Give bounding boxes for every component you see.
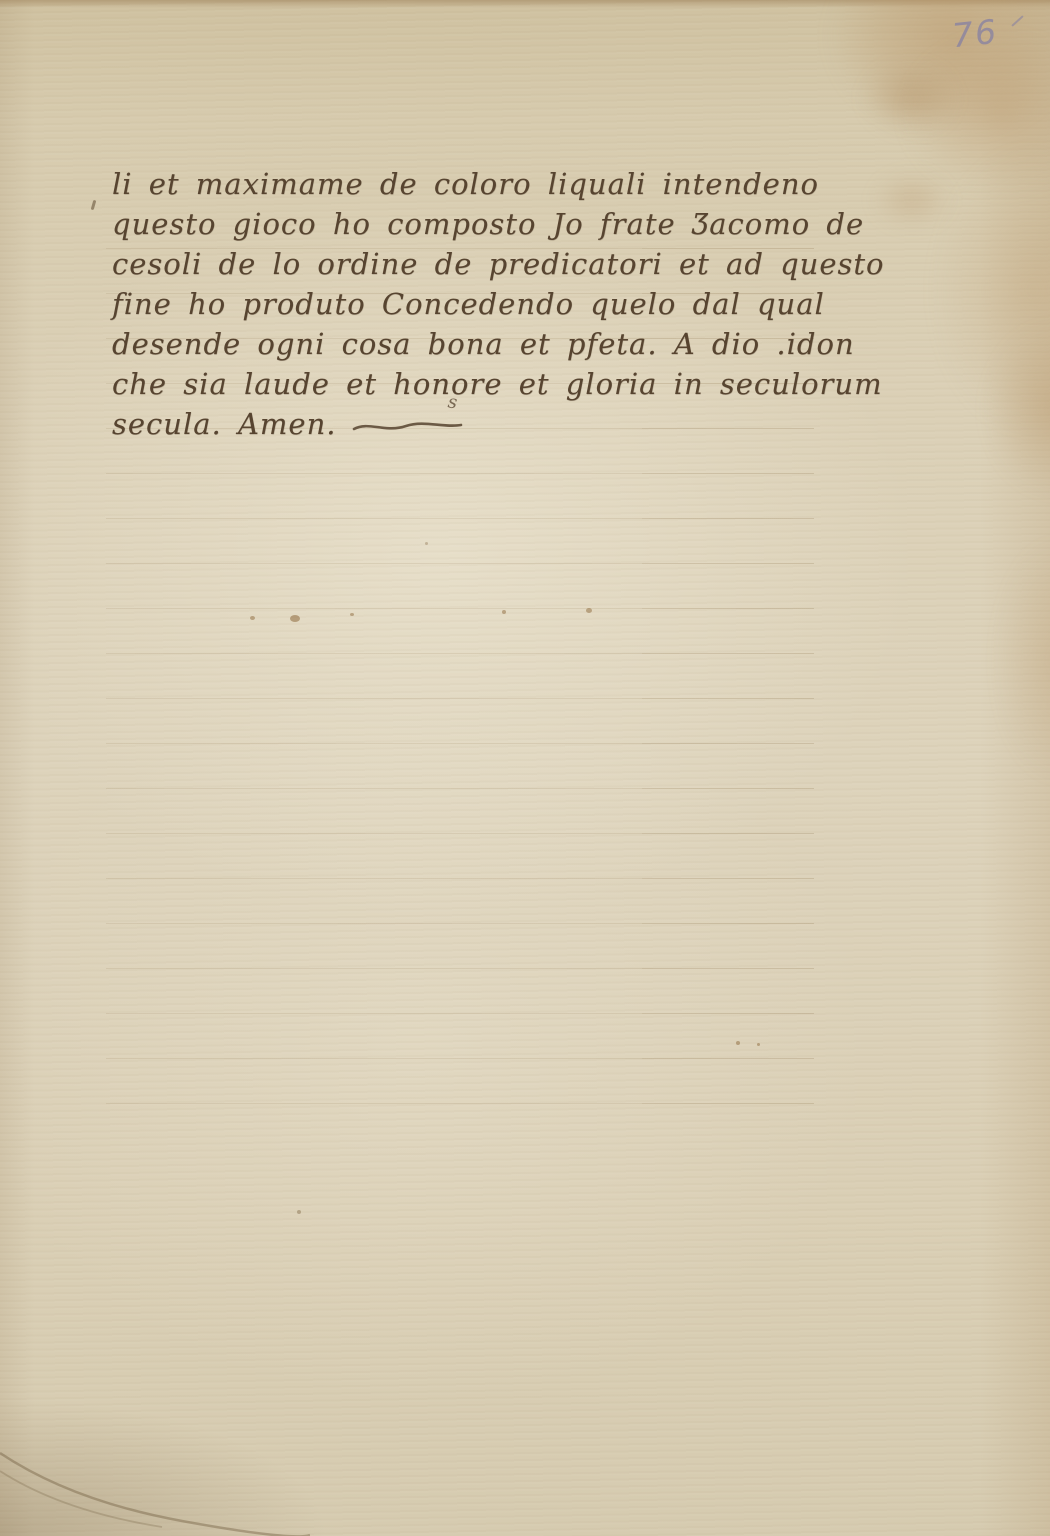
- stain-blob: [872, 172, 952, 228]
- stain-top-right-small: [862, 62, 958, 134]
- manuscript-text-block: li et maximame de coloro liquali intende…: [112, 164, 852, 444]
- ink-speck: [502, 610, 506, 614]
- manuscript-line: fine ho produto Concedendo quelo dal qua…: [112, 284, 852, 324]
- page-right-edge-shading: [980, 0, 1050, 1536]
- manuscript-line: che sia laude et honore et gloria in sec…: [112, 364, 852, 404]
- manuscript-line: li et maximame de coloro liquali intende…: [112, 164, 852, 204]
- manuscript-line: cesoli de lo ordine de predicatori et ad…: [112, 244, 852, 284]
- ink-speck: [736, 1041, 740, 1045]
- manuscript-line: desende ogni cosa bona et pfeta. A dio .…: [112, 324, 852, 364]
- ink-speck: [425, 542, 428, 545]
- manuscript-line: questo gioco ho composto Jo frate Ʒacomo…: [112, 204, 852, 244]
- ink-speck: [290, 615, 300, 622]
- folio-number: 76: [950, 12, 1000, 56]
- page-curl-crease: [0, 1421, 310, 1536]
- page-curl-shadow: [0, 1396, 330, 1536]
- end-flourish: [352, 418, 464, 436]
- manuscript-line-text: secula. Amen.: [112, 404, 336, 444]
- ink-speck: [297, 1210, 301, 1214]
- ink-speck: [350, 613, 354, 616]
- ink-speck: [250, 616, 255, 620]
- page-top-edge-shading: [0, 0, 1050, 8]
- margin-pen-mark: [91, 200, 97, 210]
- manuscript-line: secula. Amen.: [112, 404, 852, 444]
- manuscript-page: 76 li et maximame de coloro liquali inte…: [0, 0, 1050, 1536]
- ink-speck: [757, 1043, 760, 1046]
- page-left-edge-shading: [0, 0, 34, 1536]
- ink-speck: [586, 608, 592, 613]
